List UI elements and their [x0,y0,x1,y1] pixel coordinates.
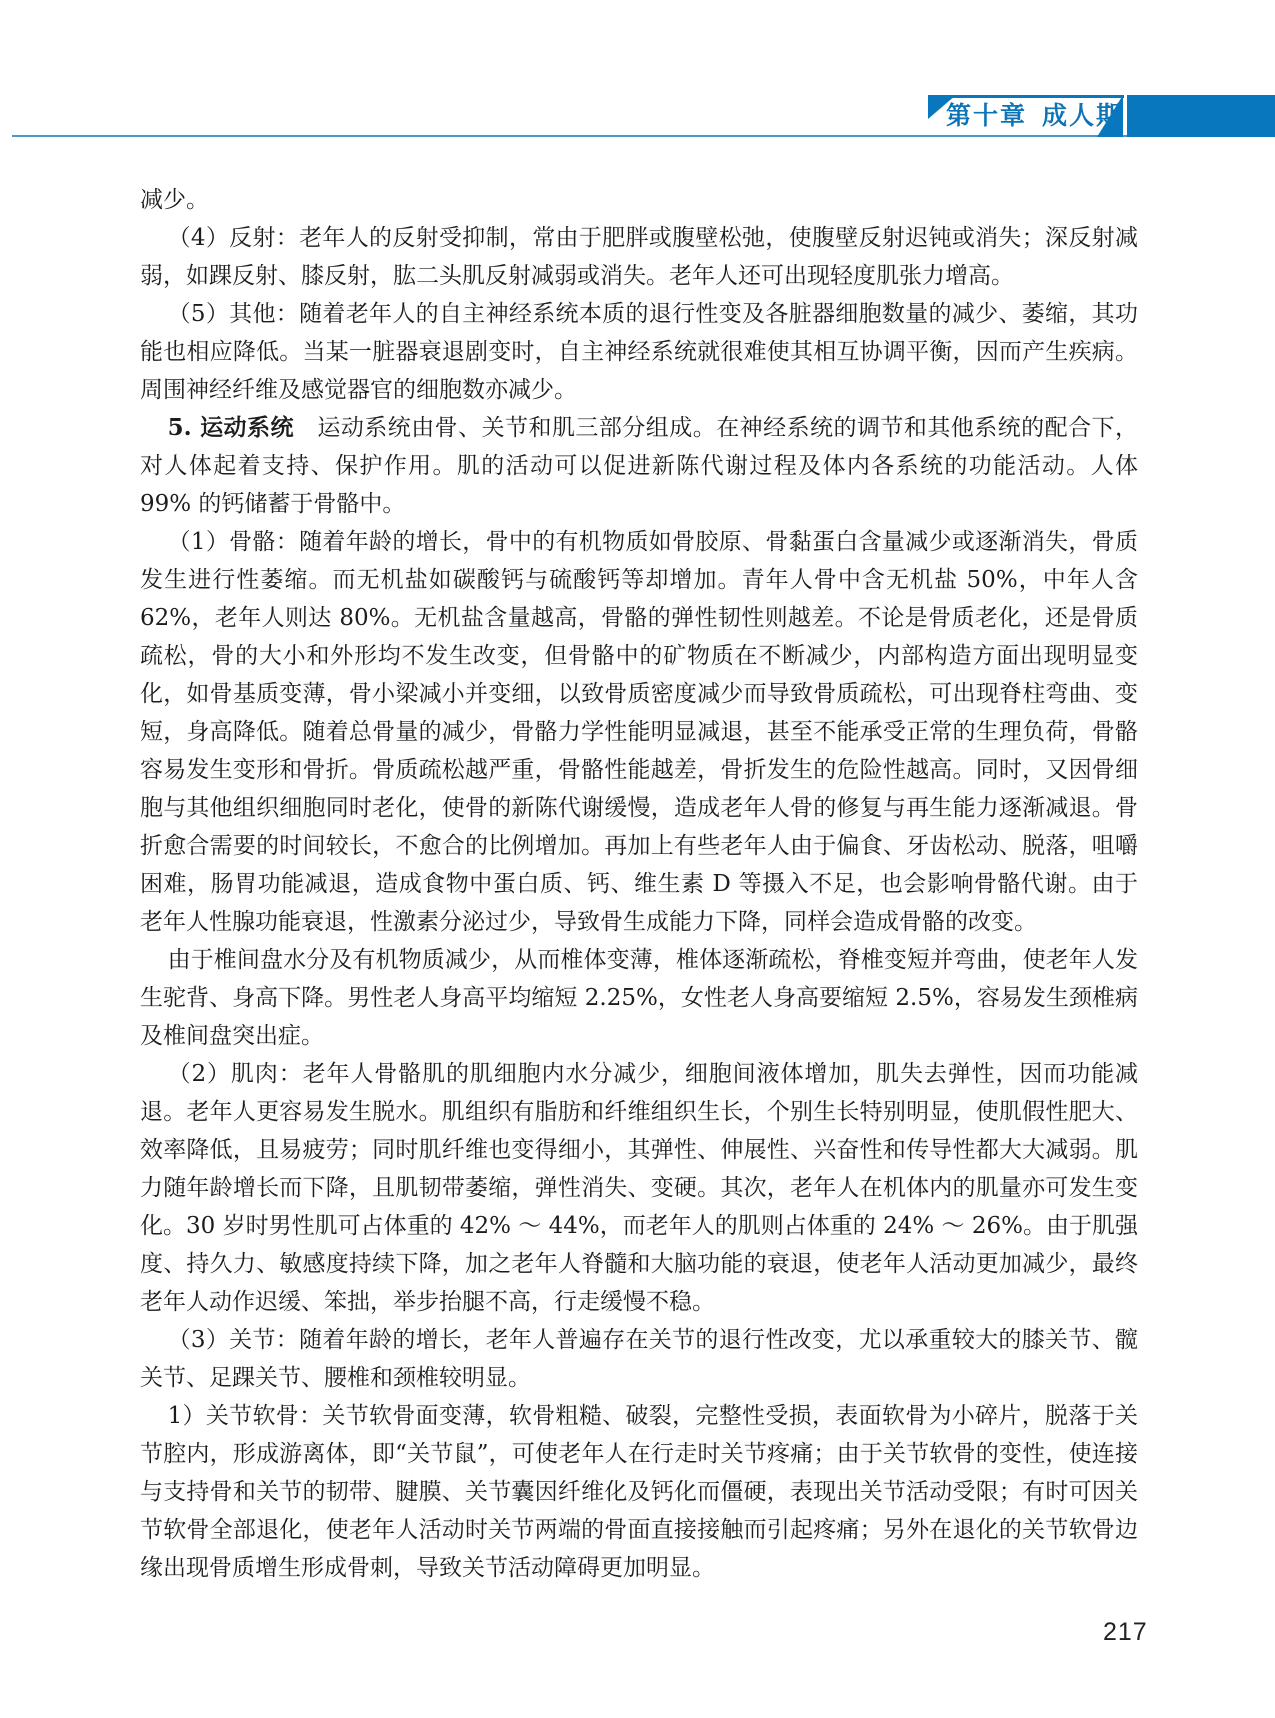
paragraph-text: （3）关节：随着年龄的增长，老年人普遍存在关节的退行性改变，尤以承重较大的膝关节… [140,1327,1138,1391]
paragraph-joints: （3）关节：随着年龄的增长，老年人普遍存在关节的退行性改变，尤以承重较大的膝关节… [140,1321,1138,1397]
paragraph-other: （5）其他：随着老年人的自主神经系统本质的退行性变及各脏器细胞数量的减少、萎缩，… [140,295,1138,409]
paragraph-spine: 由于椎间盘水分及有机物质减少，从而椎体变薄，椎体逐渐疏松，脊椎变短并弯曲，使老年… [140,941,1138,1055]
header-blue-block [1127,95,1275,137]
paragraph-text: 由于椎间盘水分及有机物质减少，从而椎体变薄，椎体逐渐疏松，脊椎变短并弯曲，使老年… [140,947,1138,1049]
page-number: 217 [1103,1618,1148,1647]
paragraph-text: （2）肌肉：老年人骨骼肌的肌细胞内水分减少，细胞间液体增加，肌失去弹性，因而功能… [140,1061,1138,1315]
paragraph-text: （1）骨骼：随着年龄的增长，骨中的有机物质如骨胶原、骨黏蛋白含量减少或逐渐消失，… [140,529,1138,935]
paragraph-text: （4）反射：老年人的反射受抑制，常由于肥胖或腹壁松弛，使腹壁反射迟钝或消失；深反… [140,225,1138,289]
paragraph-text: 减少。 [140,187,209,213]
chapter-tab-top-border [928,95,1124,98]
header-rule [12,135,1263,137]
paragraph-bones: （1）骨骼：随着年龄的增长，骨中的有机物质如骨胶原、骨黏蛋白含量减少或逐渐消失，… [140,523,1138,941]
paragraph-continuation: 减少。 [140,181,1138,219]
body-text: 减少。 （4）反射：老年人的反射受抑制，常由于肥胖或腹壁松弛，使腹壁反射迟钝或消… [140,181,1138,1587]
paragraph-motor-system: 5. 运动系统 运动系统由骨、关节和肌三部分组成。在神经系统的调节和其他系统的配… [140,409,1138,523]
paragraph-joint-cartilage: 1）关节软骨：关节软骨面变薄，软骨粗糙、破裂，完整性受损，表面软骨为小碎片，脱落… [140,1397,1138,1587]
book-page: 第十章 成人期 减少。 （4）反射：老年人的反射受抑制，常由于肥胖或腹壁松弛，使… [0,0,1275,1718]
section-heading: 5. 运动系统 [168,414,294,441]
paragraph-reflexes: （4）反射：老年人的反射受抑制，常由于肥胖或腹壁松弛，使腹壁反射迟钝或消失；深反… [140,219,1138,295]
chapter-number: 第十章 [946,100,1027,132]
paragraph-text: （5）其他：随着老年人的自主神经系统本质的退行性变及各脏器细胞数量的减少、萎缩，… [140,301,1138,403]
chapter-tab-diagonal-icon [1097,95,1123,137]
paragraph-text: 1）关节软骨：关节软骨面变薄，软骨粗糙、破裂，完整性受损，表面软骨为小碎片，脱落… [140,1403,1138,1581]
paragraph-muscles: （2）肌肉：老年人骨骼肌的肌细胞内水分减少，细胞间液体增加，肌失去弹性，因而功能… [140,1055,1138,1321]
